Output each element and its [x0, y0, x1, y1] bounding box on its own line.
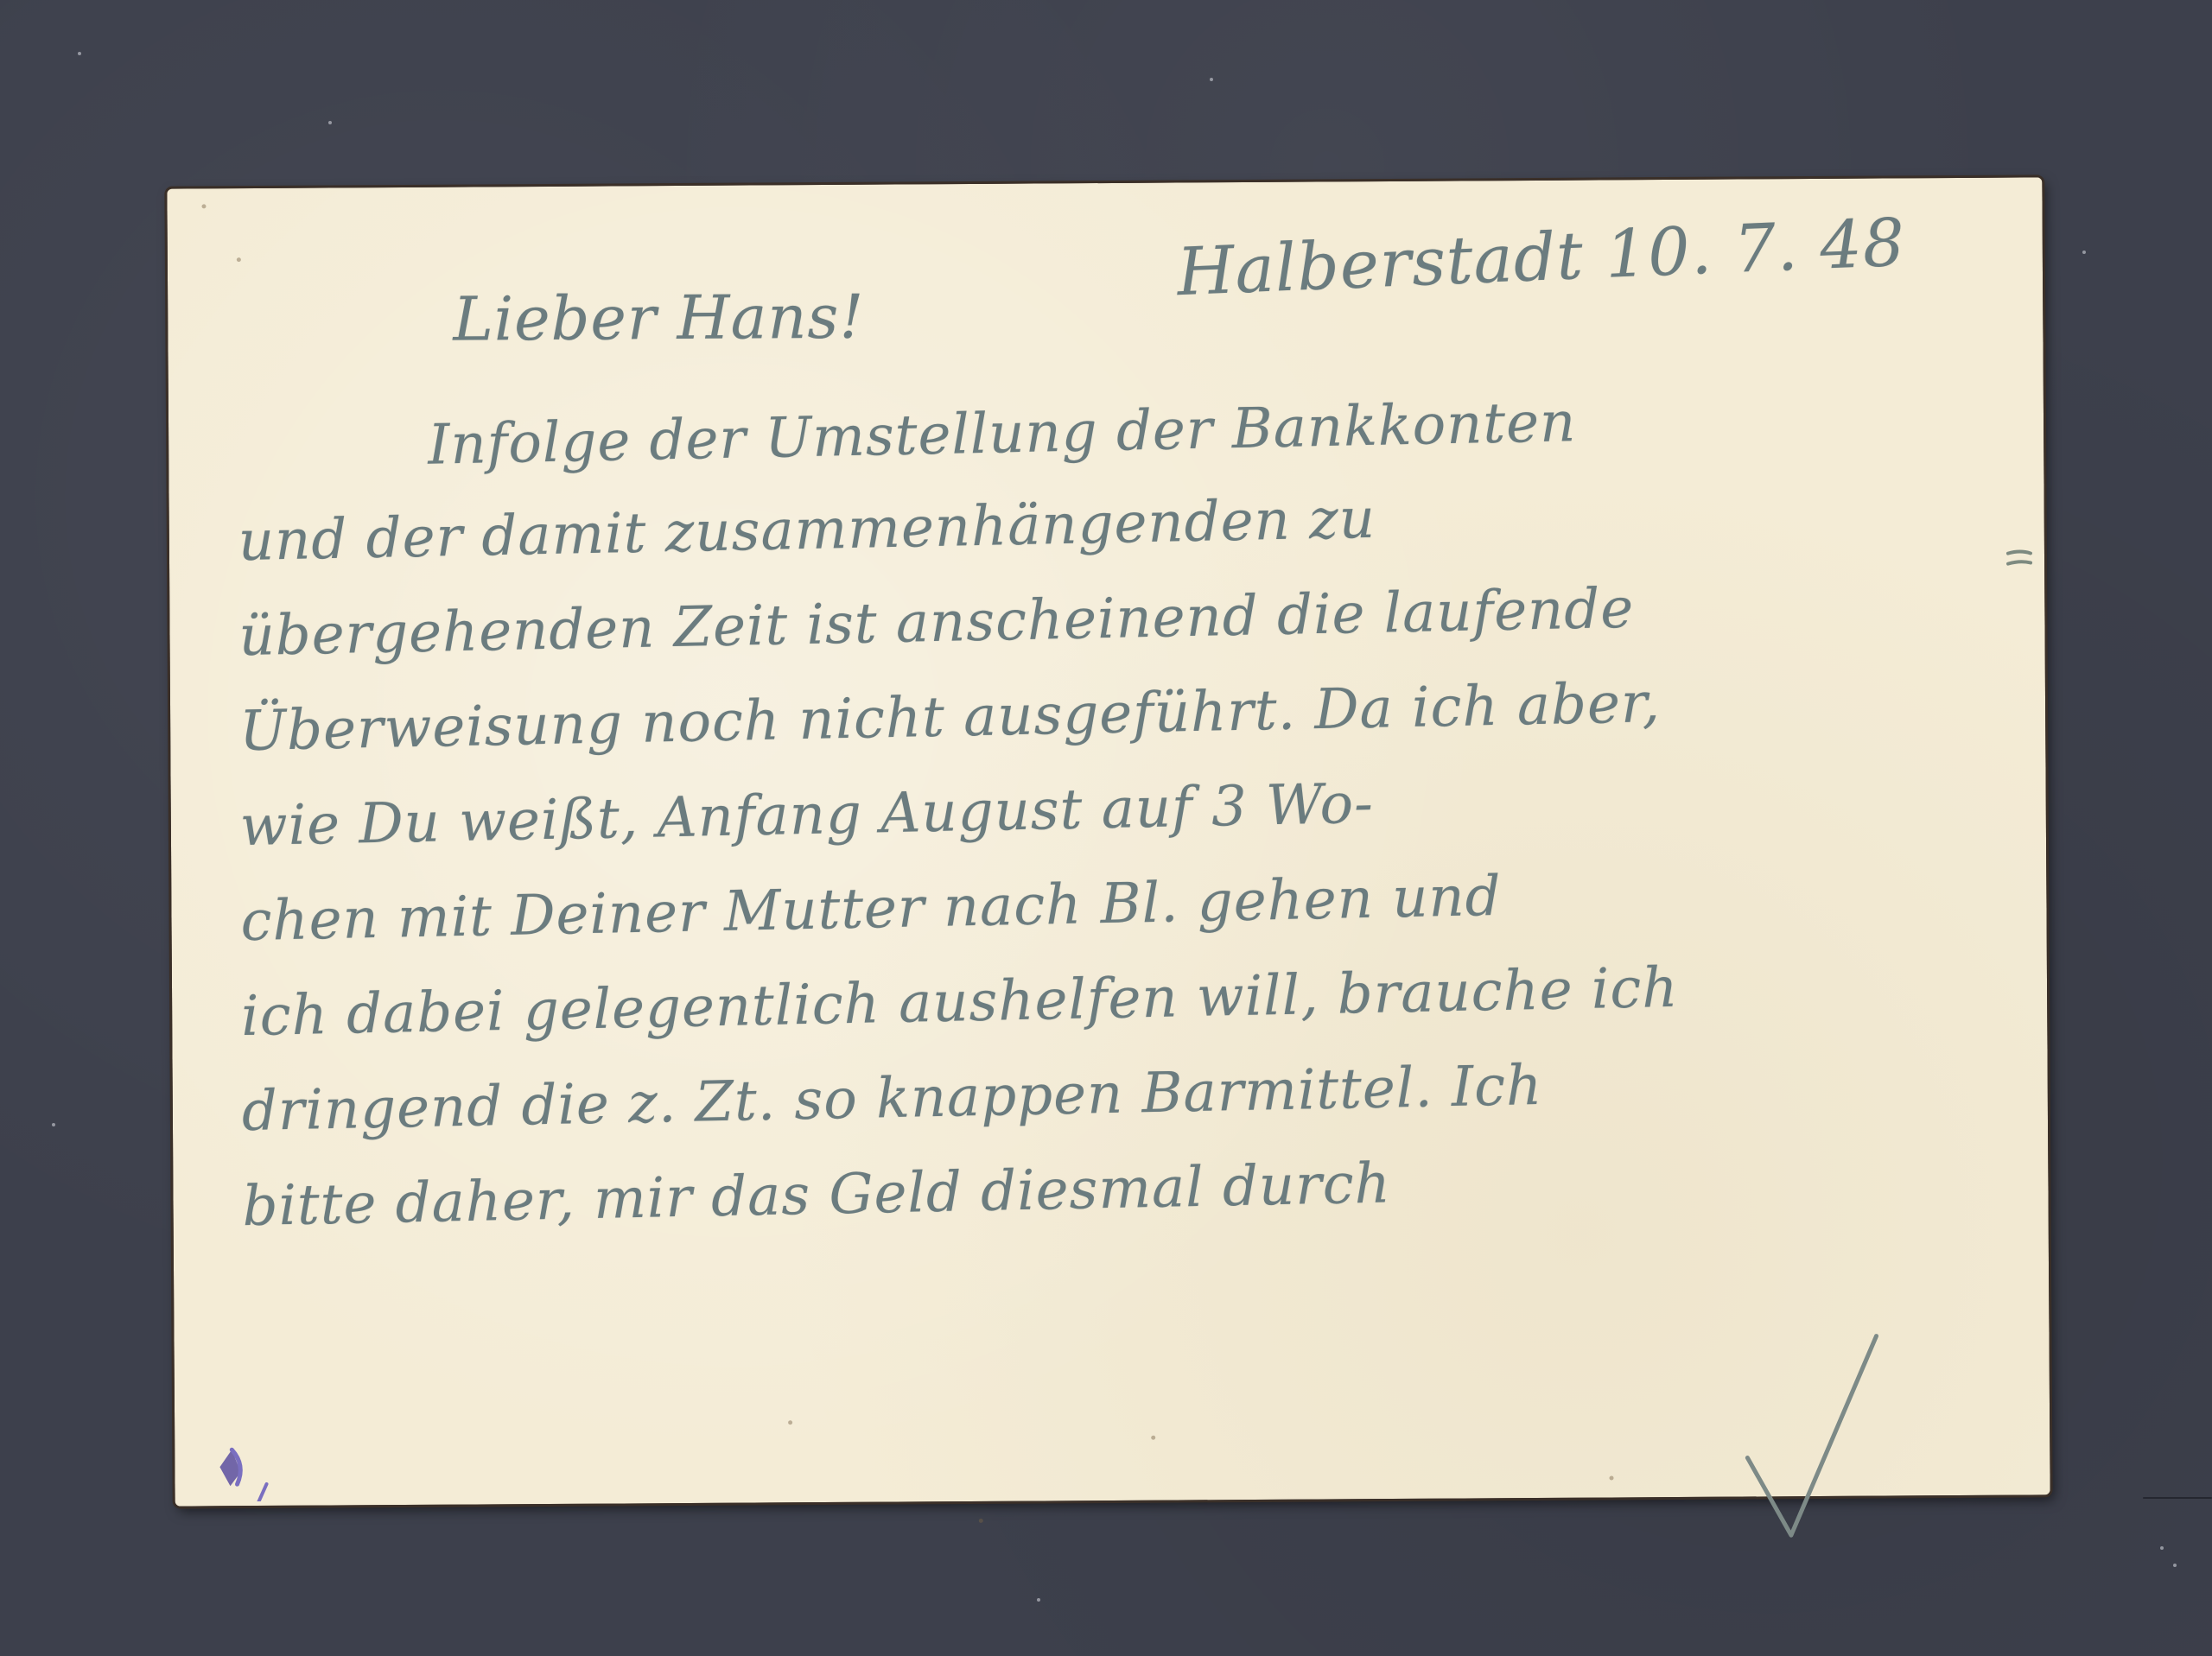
place-date-line: Halberstadt 10. 7. 48 — [1175, 204, 1906, 311]
body-line-7: ich dabei gelegentlich aushelfen will, b… — [240, 956, 1679, 1049]
body-line-9: bitte daher, mir das Geld diesmal durch — [242, 1152, 1392, 1239]
pencil-stamp-icon — [213, 1441, 273, 1501]
mat-scratch — [2143, 1497, 2212, 1499]
body-line-3: übergehenden Zeit ist anscheinend die la… — [238, 577, 1635, 669]
paper-fleck — [788, 1420, 792, 1424]
paper-fleck — [979, 1519, 983, 1523]
mat-speck — [52, 1123, 55, 1126]
continuation-check-icon — [1729, 1327, 1895, 1552]
mat-speck — [78, 52, 81, 55]
mat-speck — [2082, 251, 2086, 254]
margin-equals-mark — [2005, 546, 2036, 570]
greeting: Lieber Hans! — [453, 282, 865, 355]
mat-speck — [1210, 78, 1213, 81]
mat-speck — [2173, 1564, 2177, 1567]
body-line-6: chen mit Deiner Mutter nach Bl. gehen un… — [240, 865, 1502, 954]
body-line-4: Überweisung noch nicht ausgeführt. Da ic… — [238, 671, 1661, 764]
body-line-5: wie Du weißt, Anfang August auf 3 Wo- — [239, 772, 1374, 859]
paper-fleck — [237, 257, 241, 262]
postcard: Halberstadt 10. 7. 48 Lieber Hans! Infol… — [167, 177, 2050, 1506]
paper-fleck — [1151, 1436, 1155, 1440]
mat-speck — [328, 121, 332, 124]
body-line-1: Infolge der Umstellung der Bankkonten — [427, 390, 1576, 478]
body-line-2: und der damit zusammenhängenden zu — [238, 487, 1376, 574]
paper-fleck — [1609, 1475, 1613, 1480]
mat-speck — [2160, 1546, 2164, 1550]
mat-speck — [1037, 1598, 1040, 1602]
body-line-8: dringend die z. Zt. so knappen Barmittel… — [241, 1054, 1543, 1144]
paper-fleck — [201, 204, 206, 208]
